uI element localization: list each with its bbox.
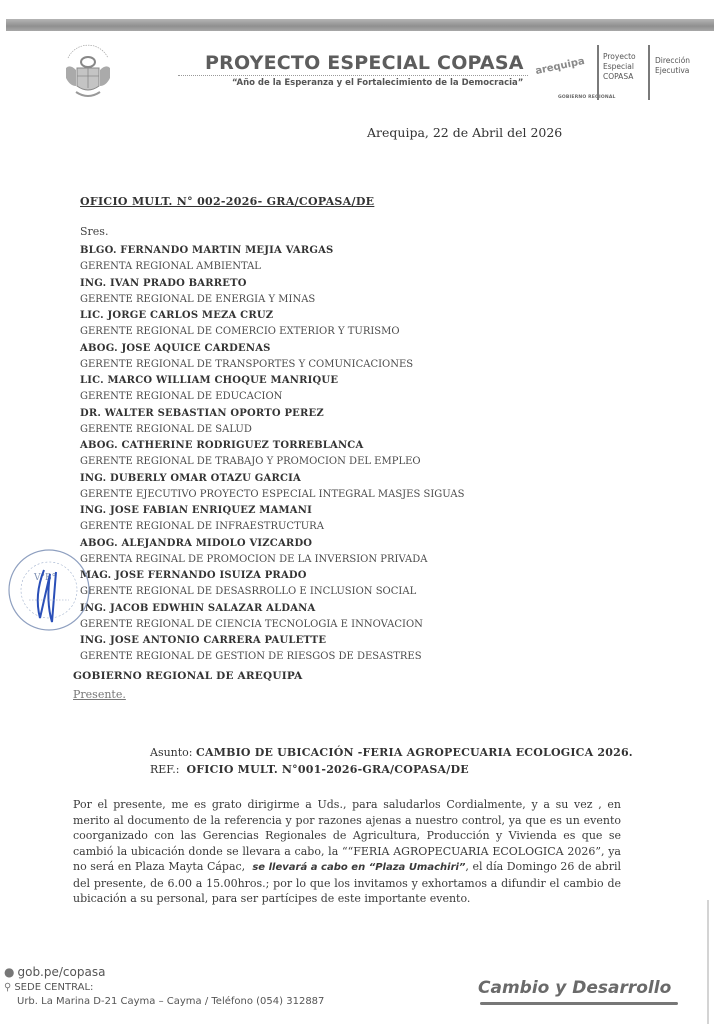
- recipient-item: DR. WALTER SEBASTIAN OPORTO PEREZGERENTE…: [80, 407, 640, 440]
- recipient-role: GERENTE REGIONAL DE TRANSPORTES Y COMUNI…: [80, 356, 640, 374]
- recipient-name: MAG. JOSE FERNANDO ISUIZA PRADO: [80, 569, 640, 583]
- recipient-item: ING. DUBERLY OMAR OTAZU GARCIAGERENTE EJ…: [80, 472, 640, 505]
- recipient-item: BLGO. FERNANDO MARTIN MEJIA VARGASGERENT…: [80, 244, 640, 277]
- recipient-name: ABOG. ALEJANDRA MIDOLO VIZCARDO: [80, 537, 640, 551]
- recipient-list: BLGO. FERNANDO MARTIN MEJIA VARGASGERENT…: [80, 244, 640, 667]
- recipient-item: ABOG. JOSE AQUICE CARDENASGERENTE REGION…: [80, 342, 640, 375]
- recipient-role: GERENTE REGIONAL DE INFRAESTRUCTURA: [80, 518, 640, 536]
- recipient-name: BLGO. FERNANDO MARTIN MEJIA VARGAS: [80, 244, 640, 258]
- subject-line: Asunto: CAMBIO DE UBICACIÓN -FERIA AGROP…: [150, 746, 633, 759]
- recipient-name: ING. IVAN PRADO BARRETO: [80, 277, 640, 291]
- recipient-name: ING. JOSE ANTONIO CARRERA PAULETTE: [80, 634, 640, 648]
- recipient-role: GERENTE REGIONAL DE SALUD: [80, 421, 640, 439]
- salutation: Sres.: [80, 225, 108, 238]
- presente-label: Presente.: [73, 688, 126, 701]
- recipient-name: ABOG. CATHERINE RODRIGUEZ TORREBLANCA: [80, 439, 640, 453]
- official-stamp-signature: V°B°: [4, 540, 104, 640]
- recipient-name: ABOG. JOSE AQUICE CARDENAS: [80, 342, 640, 356]
- footer-slogan: Cambio y Desarrollo: [478, 978, 671, 998]
- footer-website[interactable]: ●gob.pe/copasa: [4, 965, 105, 979]
- recipient-role: GERENTA REGINAL DE PROMOCION DE LA INVER…: [80, 551, 640, 569]
- recipient-name: DR. WALTER SEBASTIAN OPORTO PEREZ: [80, 407, 640, 421]
- institution-name: GOBIERNO REGIONAL DE AREQUIPA: [73, 670, 303, 682]
- recipient-role: GERENTE REGIONAL DE ENERGIA Y MINAS: [80, 291, 640, 309]
- header-top-bar: [6, 19, 714, 31]
- reference-line: REF.: OFICIO MULT. N°001-2026-GRA/COPASA…: [150, 763, 469, 776]
- project-title: PROYECTO ESPECIAL COPASA: [205, 52, 524, 74]
- recipient-item: ING. IVAN PRADO BARRETOGERENTE REGIONAL …: [80, 277, 640, 310]
- footer-sede: ⚲SEDE CENTRAL:: [4, 982, 93, 993]
- title-divider: [178, 75, 528, 76]
- recipient-item: MAG. JOSE FERNANDO ISUIZA PRADOGERENTE R…: [80, 569, 640, 602]
- footer-address: Urb. La Marina D-21 Cayma – Cayma / Telé…: [17, 996, 324, 1007]
- reference-label: REF.:: [150, 763, 179, 776]
- recipient-item: ING. JOSE ANTONIO CARRERA PAULETTEGERENT…: [80, 634, 640, 667]
- year-motto: “Año de la Esperanza y el Fortalecimient…: [232, 78, 523, 88]
- header-divider-2: [648, 45, 650, 100]
- peru-coat-of-arms-icon: [62, 42, 114, 104]
- regional-government-caption: GOBIERNO REGIONAL: [558, 95, 616, 100]
- subject-text: CAMBIO DE UBICACIÓN -FERIA AGROPECUARIA …: [196, 746, 633, 759]
- recipient-role: GERENTE REGIONAL DE GESTION DE RIESGOS D…: [80, 648, 640, 666]
- recipient-role: GERENTE EJECUTIVO PROYECTO ESPECIAL INTE…: [80, 486, 640, 504]
- recipient-name: LIC. MARCO WILLIAM CHOQUE MANRIQUE: [80, 374, 640, 388]
- recipient-role: GERENTA REGIONAL AMBIENTAL: [80, 258, 640, 276]
- stamp-mark: V°B°: [33, 573, 56, 583]
- recipient-role: GERENTE REGIONAL DE CIENCIA TECNOLOGIA E…: [80, 616, 640, 634]
- recipient-name: ING. JOSE FABIAN ENRIQUEZ MAMANI: [80, 504, 640, 518]
- subject-label: Asunto:: [150, 746, 193, 759]
- recipient-name: ING. JACOB EDWHIN SALAZAR ALDANA: [80, 602, 640, 616]
- recipient-role: GERENTE REGIONAL DE TRABAJO Y PROMOCION …: [80, 453, 640, 471]
- location-pin-icon: ⚲: [4, 982, 11, 993]
- recipient-role: GERENTE REGIONAL DE COMERCIO EXTERIOR Y …: [80, 323, 640, 341]
- recipient-role: GERENTE REGIONAL DE EDUCACION: [80, 388, 640, 406]
- recipient-item: LIC. JORGE CARLOS MEZA CRUZGERENTE REGIO…: [80, 309, 640, 342]
- oficio-number: OFICIO MULT. N° 002-2026- GRA/COPASA/DE: [80, 195, 374, 208]
- globe-icon: ●: [4, 965, 14, 979]
- header-divider-1: [597, 45, 599, 100]
- recipient-item: LIC. MARCO WILLIAM CHOQUE MANRIQUEGERENT…: [80, 374, 640, 407]
- slogan-underline: [480, 1002, 678, 1005]
- letter-body: Por el presente, me es grato dirigirme a…: [73, 797, 621, 907]
- page-edge-line: [707, 900, 709, 1024]
- recipient-item: ING. JACOB EDWHIN SALAZAR ALDANAGERENTE …: [80, 602, 640, 635]
- recipient-name: ING. DUBERLY OMAR OTAZU GARCIA: [80, 472, 640, 486]
- recipient-role: GERENTE REGIONAL DE DESASRROLLO E INCLUS…: [80, 583, 640, 601]
- recipient-item: ING. JOSE FABIAN ENRIQUEZ MAMANIGERENTE …: [80, 504, 640, 537]
- recipient-item: ABOG. ALEJANDRA MIDOLO VIZCARDOGERENTA R…: [80, 537, 640, 570]
- letter-date: Arequipa, 22 de Abril del 2026: [367, 125, 562, 140]
- regional-government-logo: arequipa: [534, 56, 585, 77]
- recipient-item: ABOG. CATHERINE RODRIGUEZ TORREBLANCAGER…: [80, 439, 640, 472]
- header-block-direccion: Dirección Ejecutiva: [655, 56, 690, 76]
- body-emphasis: se llevará a cabo en “Plaza Umachiri”: [252, 862, 465, 873]
- recipient-name: LIC. JORGE CARLOS MEZA CRUZ: [80, 309, 640, 323]
- header-block-proyecto: Proyecto Especial COPASA: [603, 52, 636, 82]
- reference-text: OFICIO MULT. N°001-2026-GRA/COPASA/DE: [186, 763, 468, 776]
